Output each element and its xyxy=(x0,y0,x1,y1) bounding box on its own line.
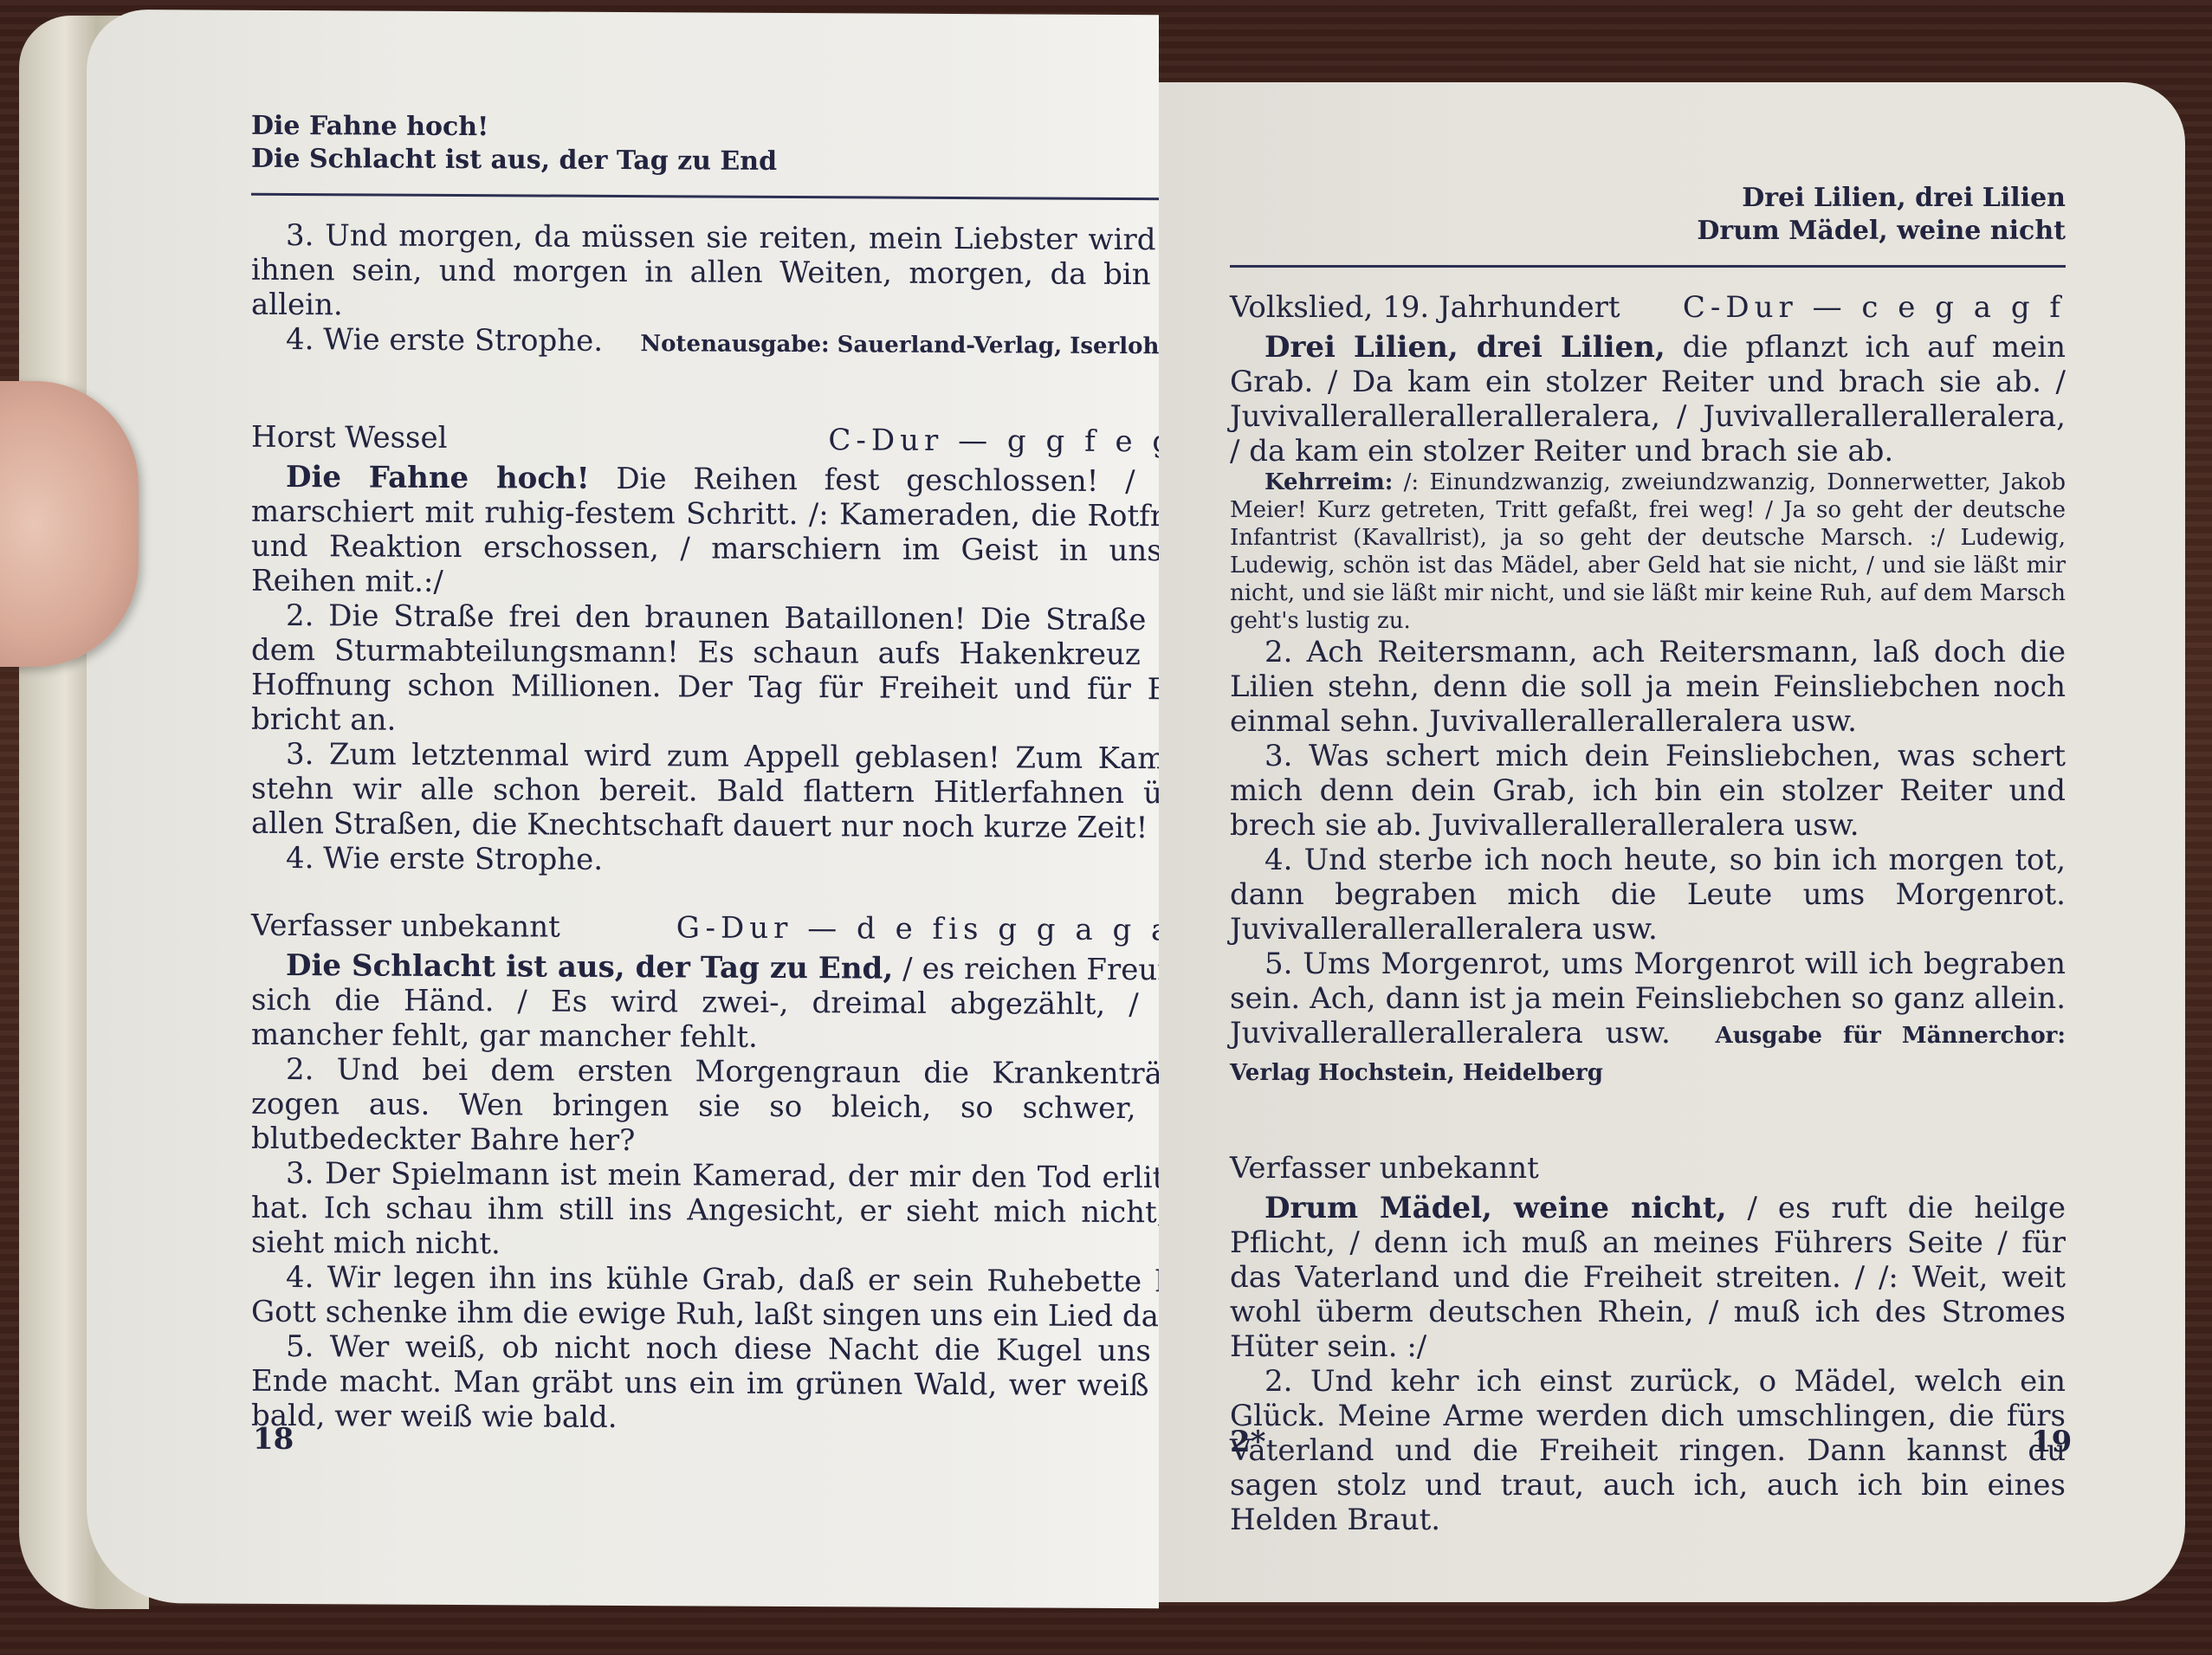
thumb xyxy=(0,381,139,667)
verse: Drei Lilien, drei Lilien, die pflanzt ic… xyxy=(1230,330,2066,469)
running-head-line-2: Drum Mädel, weine nicht xyxy=(1230,215,2066,248)
song-author: Verfasser unbekannt xyxy=(251,908,560,945)
verse: 4. Wie erste Strophe. xyxy=(251,841,1213,881)
verse: 2. Und bei dem ersten Morgengraun die Kr… xyxy=(251,1052,1213,1161)
verse: 3. Und morgen, da müssen sie reiten, mei… xyxy=(251,218,1213,327)
left-page: Die Fahne hoch! Die Schlacht ist aus, de… xyxy=(87,10,1159,1608)
refrain: Kehrreim: /: Einundzwanzig, zweiundzwanz… xyxy=(1230,469,2066,635)
verse: Die Schlacht ist aus, der Tag zu End, / … xyxy=(251,948,1213,1057)
song-incipit: Drum Mädel, weine nicht, xyxy=(1264,1191,1727,1225)
imprint: Notenausgabe: Sauerland-Verlag, Iserlohn xyxy=(640,331,1175,359)
running-head-line-2: Die Schlacht ist aus, der Tag zu End xyxy=(251,143,1213,181)
verse: Drum Mädel, weine nicht, / es ruft die h… xyxy=(1230,1191,2066,1364)
verse: 3. Zum letztenmal wird zum Appell geblas… xyxy=(251,737,1213,846)
song-key: C-Dur — c e g a g f xyxy=(1683,290,2066,325)
page-number: 19 xyxy=(2031,1425,2072,1459)
running-head-line-1: Die Fahne hoch! xyxy=(251,110,1213,148)
refrain-label: Kehrreim: xyxy=(1264,469,1393,495)
song-incipit: Die Schlacht ist aus, der Tag zu End, xyxy=(286,948,893,986)
verse: 4. Wir legen ihn ins kühle Grab, daß er … xyxy=(251,1260,1213,1335)
page-number: 18 xyxy=(253,1422,294,1457)
verse: 4. Wie erste Strophe. Notenausgabe: Saue… xyxy=(251,322,1213,365)
signature-mark: 2* xyxy=(1230,1425,1265,1459)
header-rule xyxy=(251,193,1213,201)
song-key: G-Dur — d e fis g g a g a h xyxy=(676,910,1213,947)
verse: 5. Ums Morgenrot, ums Morgenrot will ich… xyxy=(1230,947,2066,1090)
song-author: Volkslied, 19. Jahrhundert xyxy=(1230,290,1620,325)
song-author: Horst Wessel xyxy=(251,420,447,456)
song-incipit: Drei Lilien, drei Lilien, xyxy=(1264,330,1665,365)
right-page: Drei Lilien, drei Lilien Drum Mädel, wei… xyxy=(1159,82,2185,1602)
verse: 2. Die Straße frei den braunen Bataillon… xyxy=(251,598,1213,742)
verse: 4. Und sterbe ich noch heute, so bin ich… xyxy=(1230,843,2066,947)
song-incipit: Die Fahne hoch! xyxy=(286,460,590,496)
song-meta: Verfasser unbekannt G-Dur — d e fis g g … xyxy=(251,908,1213,948)
left-text-column: Die Fahne hoch! Die Schlacht ist aus, de… xyxy=(251,110,1213,1438)
verse: 3. Der Spielmann ist mein Kamerad, der m… xyxy=(251,1156,1213,1265)
right-text-column: Drei Lilien, drei Lilien Drum Mädel, wei… xyxy=(1230,182,2066,1537)
verse: 2. Ach Reitersmann, ach Reitersmann, laß… xyxy=(1230,635,2066,739)
verse: 2. Und kehr ich einst zurück, o Mädel, w… xyxy=(1230,1364,2066,1537)
song-meta: Volkslied, 19. Jahrhundert C-Dur — c e g… xyxy=(1230,290,2066,325)
song-key: C-Dur — g g f e g c xyxy=(828,423,1213,459)
running-head-line-1: Drei Lilien, drei Lilien xyxy=(1230,182,2066,215)
verse: Die Fahne hoch! Die Reihen fest geschlos… xyxy=(251,460,1213,604)
song-meta: Horst Wessel C-Dur — g g f e g c xyxy=(251,420,1213,460)
verse: 3. Was schert mich dein Feinsliebchen, w… xyxy=(1230,739,2066,843)
header-rule xyxy=(1230,265,2066,268)
song-meta: Verfasser unbekannt xyxy=(1230,1151,2066,1186)
song-author: Verfasser unbekannt xyxy=(1230,1151,1539,1186)
verse: 5. Wer weiß, ob nicht noch diese Nacht d… xyxy=(251,1329,1213,1438)
